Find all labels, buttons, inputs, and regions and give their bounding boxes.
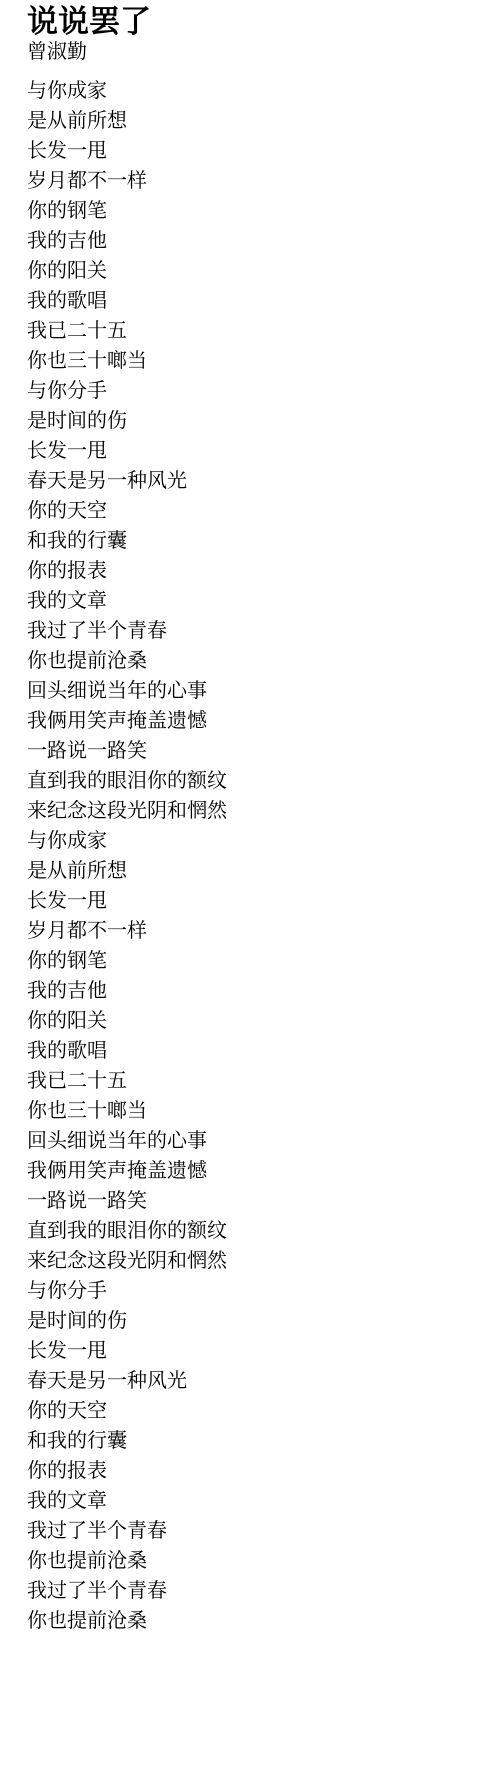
lyric-line: 我过了半个青春 bbox=[27, 616, 480, 646]
lyric-line: 我过了半个青春 bbox=[27, 1516, 480, 1546]
lyric-line: 是从前所想 bbox=[27, 856, 480, 886]
lyric-line: 来纪念这段光阴和惘然 bbox=[27, 796, 480, 826]
lyric-line: 我的文章 bbox=[27, 1486, 480, 1516]
lyric-line: 你也三十啷当 bbox=[27, 346, 480, 376]
lyric-line: 长发一甩 bbox=[27, 886, 480, 916]
lyric-line: 春天是另一种风光 bbox=[27, 466, 480, 496]
page-title: 说说罢了 bbox=[27, 4, 480, 40]
lyric-line: 你也提前沧桑 bbox=[27, 1606, 480, 1636]
lyric-line: 我的歌唱 bbox=[27, 286, 480, 316]
lyric-line: 与你成家 bbox=[27, 76, 480, 106]
lyric-line: 与你分手 bbox=[27, 376, 480, 406]
lyric-line: 是时间的伤 bbox=[27, 406, 480, 436]
lyrics-page: 说说罢了 曾淑勤 与你成家是从前所想长发一甩岁月都不一样你的钢笔我的吉他你的阳关… bbox=[0, 0, 500, 1780]
lyric-line: 回头细说当年的心事 bbox=[27, 1126, 480, 1156]
lyric-line: 你的阳关 bbox=[27, 256, 480, 286]
lyric-line: 你的报表 bbox=[27, 556, 480, 586]
lyric-line: 我的文章 bbox=[27, 586, 480, 616]
lyric-line: 你也三十啷当 bbox=[27, 1096, 480, 1126]
lyric-line: 春天是另一种风光 bbox=[27, 1366, 480, 1396]
lyric-line: 你的报表 bbox=[27, 1456, 480, 1486]
lyric-line: 长发一甩 bbox=[27, 136, 480, 166]
lyric-line: 你的天空 bbox=[27, 496, 480, 526]
lyric-line: 和我的行囊 bbox=[27, 526, 480, 556]
lyric-line: 你的阳关 bbox=[27, 1006, 480, 1036]
lyric-line: 一路说一路笑 bbox=[27, 1186, 480, 1216]
lyric-line: 直到我的眼泪你的额纹 bbox=[27, 1216, 480, 1246]
lyric-line: 你也提前沧桑 bbox=[27, 646, 480, 676]
lyric-line: 你的钢笔 bbox=[27, 196, 480, 226]
lyric-line: 是从前所想 bbox=[27, 106, 480, 136]
artist-name: 曾淑勤 bbox=[27, 40, 480, 64]
lyric-line: 回头细说当年的心事 bbox=[27, 676, 480, 706]
lyric-line: 你的钢笔 bbox=[27, 946, 480, 976]
lyric-line: 一路说一路笑 bbox=[27, 736, 480, 766]
lyric-line: 与你分手 bbox=[27, 1276, 480, 1306]
lyric-line: 我的吉他 bbox=[27, 226, 480, 256]
lyric-line: 我已二十五 bbox=[27, 316, 480, 346]
lyric-line: 来纪念这段光阴和惘然 bbox=[27, 1246, 480, 1276]
lyric-line: 我已二十五 bbox=[27, 1066, 480, 1096]
lyric-line: 长发一甩 bbox=[27, 1336, 480, 1366]
lyric-line: 和我的行囊 bbox=[27, 1426, 480, 1456]
lyric-line: 我过了半个青春 bbox=[27, 1576, 480, 1606]
lyric-line: 我俩用笑声掩盖遗憾 bbox=[27, 1156, 480, 1186]
lyric-line: 我的歌唱 bbox=[27, 1036, 480, 1066]
lyric-line: 岁月都不一样 bbox=[27, 916, 480, 946]
lyric-line: 与你成家 bbox=[27, 826, 480, 856]
lyric-line: 我的吉他 bbox=[27, 976, 480, 1006]
lyric-line: 我俩用笑声掩盖遗憾 bbox=[27, 706, 480, 736]
lyric-line: 你也提前沧桑 bbox=[27, 1546, 480, 1576]
lyrics-list: 与你成家是从前所想长发一甩岁月都不一样你的钢笔我的吉他你的阳关我的歌唱我已二十五… bbox=[27, 76, 480, 1636]
lyric-line: 是时间的伤 bbox=[27, 1306, 480, 1336]
lyric-line: 长发一甩 bbox=[27, 436, 480, 466]
lyric-line: 你的天空 bbox=[27, 1396, 480, 1426]
lyric-line: 岁月都不一样 bbox=[27, 166, 480, 196]
lyric-line: 直到我的眼泪你的额纹 bbox=[27, 766, 480, 796]
